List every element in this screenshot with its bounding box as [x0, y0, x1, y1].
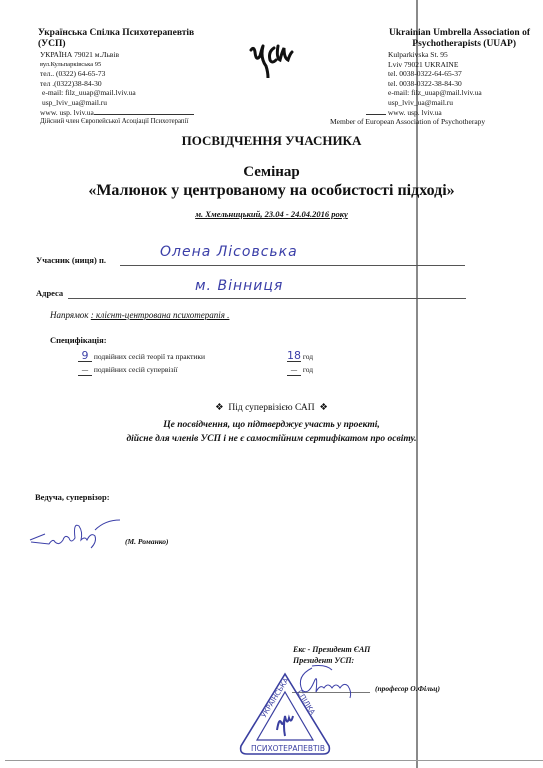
website-link[interactable]: www. usp. lviv.ua [388, 108, 442, 117]
org-name-en: Ukrainian Umbrella Association of [330, 28, 530, 39]
svg-text:ПСИХОТЕРАПЕВТІВ: ПСИХОТЕРАПЕВТІВ [251, 744, 325, 753]
org-name-ua: Українська Спілка Психотерапевтів [38, 28, 238, 39]
sessions-count[interactable]: — [78, 365, 92, 376]
sessions-text: подвійних сесій теорії та практики [94, 352, 205, 361]
email-line: e-mail: filz_uuap@mail.lviv.ua [330, 88, 530, 98]
supervision-text: Під супервізією САП [228, 403, 314, 413]
seminar-name: «Малюнок у центрованому на особистості п… [0, 182, 543, 200]
member-note-en: Member of European Association of Psycho… [330, 117, 530, 127]
phone-line: tel. 0038-0322-64-65-37 [330, 69, 530, 79]
svg-text:СПІЛКА: СПІЛКА [295, 689, 316, 717]
president-line-1: Екс - Президент ЄАП [293, 644, 370, 655]
underline [366, 114, 386, 115]
address-value[interactable]: м. Вінниця [195, 278, 283, 294]
website-line: www. usp. lviv.ua [38, 108, 238, 118]
uuap-brush-logo-icon [246, 38, 306, 78]
phone-line: tel. 0038-0322-38-84-30 [330, 79, 530, 89]
email-line: usp_lviv_ua@mail.ru [38, 98, 238, 108]
email-line: e-mail: filz_uuap@mail.lviv.ua [38, 88, 238, 98]
statement-line-2: дійсне для членів УСП і не є самостійним… [0, 432, 543, 446]
organization-stamp-icon: УКРАЇНСЬКА СПІЛКА ПСИХОТЕРАПЕВТІВ [235, 670, 335, 760]
sessions-text: подвійних сесій супервізії [94, 365, 178, 374]
address-line: вул.Кульпарківська 95 [38, 60, 238, 70]
hours-unit: год [303, 352, 313, 361]
seminar-label: Семінар [0, 164, 543, 181]
direction: Напрямок : клієнт-центрована психотерапі… [50, 310, 229, 320]
place-date: м. Хмельницький, 23.04 - 24.04.2016 року [0, 209, 543, 219]
spec-row-supervision-hours: — год [287, 365, 313, 376]
phone-line: тел .(0322)38-84-30 [38, 79, 238, 89]
member-note-ua: Дійсний член Європейської Асоціації Псих… [38, 117, 238, 127]
sessions-count[interactable]: 9 [78, 351, 92, 362]
address-line [68, 298, 466, 299]
hours-count[interactable]: — [287, 365, 301, 376]
org-name-en-2: Psychotherapists (UUAP) [330, 39, 530, 50]
leader-label: Ведуча, супервізор: [35, 492, 110, 502]
address-line: Lviv 79021 UKRAINE [330, 60, 530, 70]
hours-count[interactable]: 18 [287, 351, 301, 362]
statement-line-1: Це посвідчення, що підтверджує участь у … [0, 418, 543, 432]
header-right: Ukrainian Umbrella Association of Psycho… [330, 28, 530, 127]
email-line: usp_lviv_ua@mail.ru [330, 98, 530, 108]
page-bottom-edge [5, 760, 543, 761]
svg-text:УКРАЇНСЬКА: УКРАЇНСЬКА [259, 676, 291, 719]
address-line: УКРАЇНА 79021 м.Львів [38, 50, 238, 60]
direction-value: : клієнт-центрована психотерапія . [91, 310, 230, 320]
spec-row-theory: 9 подвійних сесій теорії та практики [78, 351, 205, 362]
spec-row-supervision: — подвійних сесій супервізії [78, 365, 178, 376]
validity-statement: Це посвідчення, що підтверджує участь у … [0, 418, 543, 446]
header-left: Українська Спілка Психотерапевтів (УСП) … [38, 28, 238, 127]
hours-unit: год [303, 365, 313, 374]
website-line: www. usp. lviv.ua [330, 108, 530, 118]
underline [94, 114, 194, 115]
participant-label: Учасник (ниця) п. [36, 255, 106, 265]
website-link[interactable]: www. usp. lviv.ua [40, 108, 94, 117]
address-line: Kulparkivska St. 95 [330, 50, 530, 60]
bullet-icon: ❖ [319, 403, 328, 413]
bullet-icon: ❖ [215, 403, 224, 413]
leader-name: (М. Романко) [125, 537, 169, 546]
specification-label: Специфікація: [50, 335, 107, 345]
leader-signature-icon [25, 512, 125, 552]
direction-label: Напрямок [50, 310, 89, 320]
document-title: ПОСВІДЧЕННЯ УЧАСНИКА [0, 133, 543, 149]
spec-row-theory-hours: 18 год [287, 351, 313, 362]
participant-name[interactable]: Олена Лісовська [160, 244, 298, 260]
address-label: Адреса [36, 288, 63, 298]
participant-line [120, 265, 465, 266]
phone-line: тел.. (0322) 64-65-73 [38, 69, 238, 79]
org-abbr-ua: (УСП) [38, 39, 238, 50]
president-name: (професор О.Фільц) [375, 684, 440, 693]
supervision-note: ❖ Під супервізією САП ❖ [0, 402, 543, 413]
